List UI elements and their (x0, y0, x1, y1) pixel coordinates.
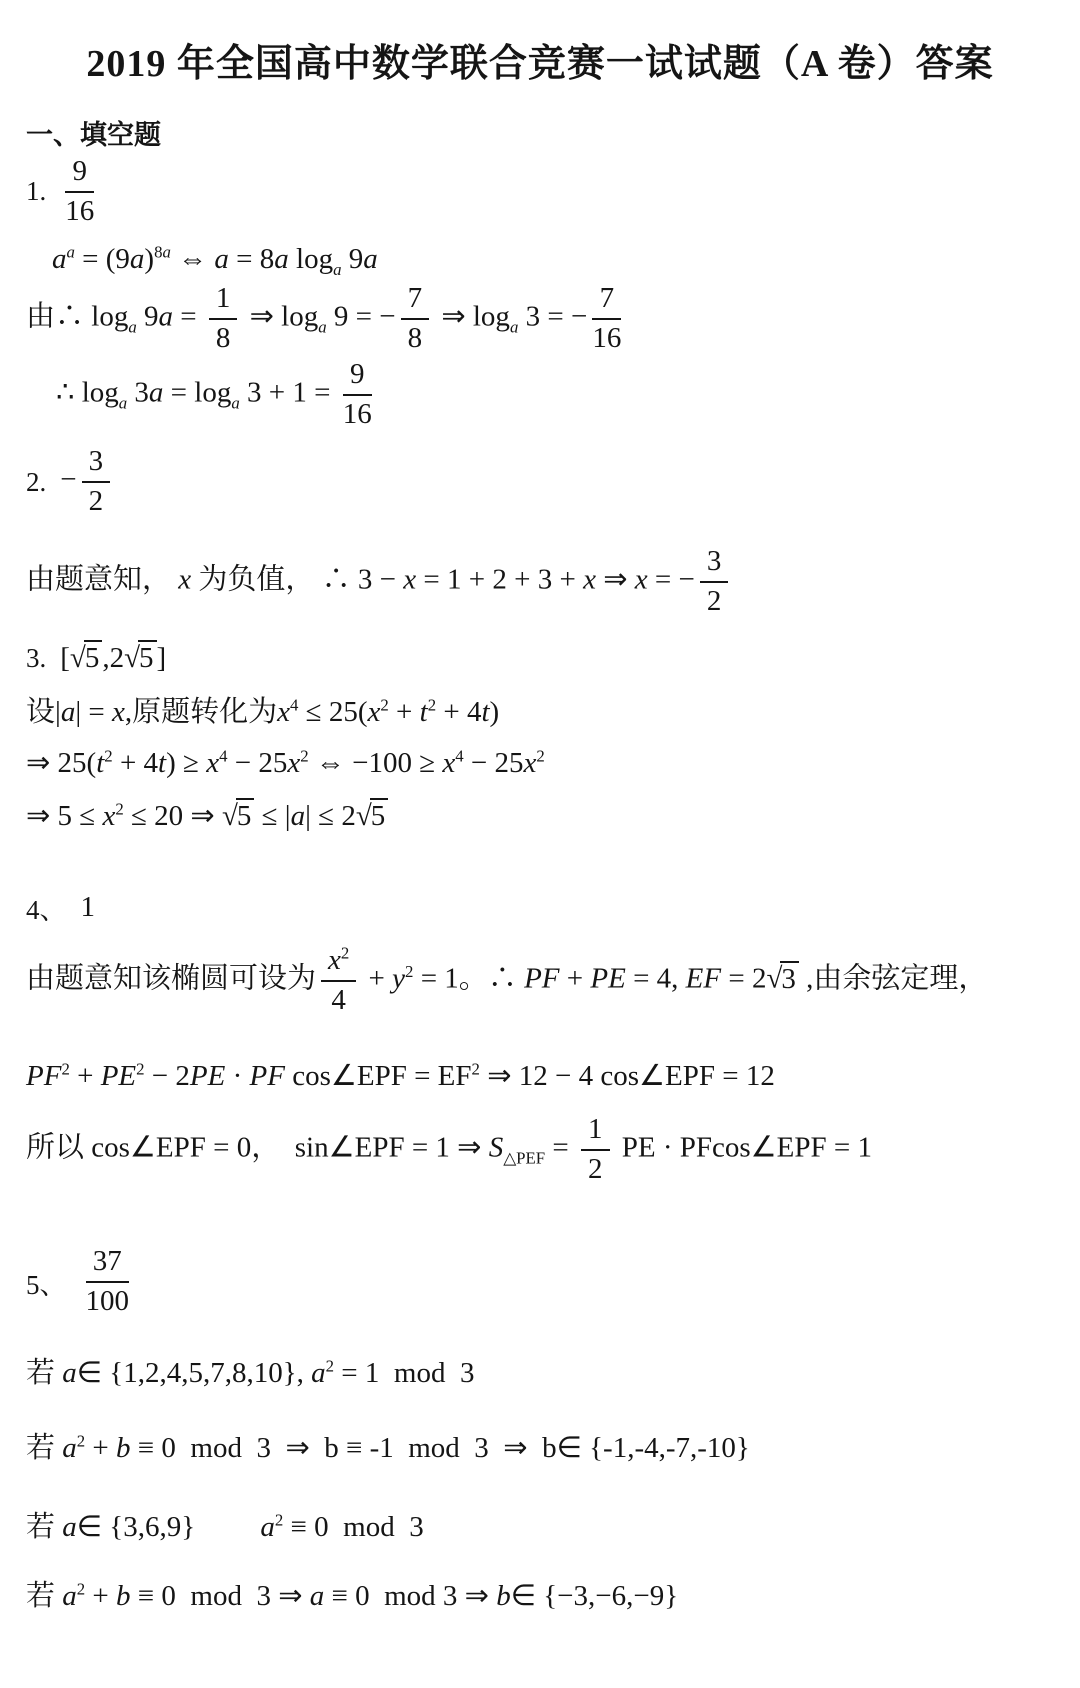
math-token: 9 (73, 155, 88, 187)
problem-5-step-4: 若 a2 + b ≡ 0 mod 3 ⇒ a ≡ 0 mod 3 ⇒ b∈ {−… (26, 1577, 1054, 1616)
fraction-numerator: 37 (86, 1246, 130, 1283)
fraction-numerator: 9 (65, 156, 94, 193)
problem-4-number: 4、 (26, 888, 67, 927)
problem-4-step-2: PF2 + PE2 − 2PE · PF cos∠EPF = EF2 ⇒ 12 … (26, 1057, 1054, 1096)
math-token: a (119, 393, 127, 412)
math-token: 9 (137, 300, 159, 332)
document-page: 2019 年全国高中数学联合竞赛一试试题（A 卷）答案 一、填空题 1. 916… (0, 0, 1080, 1617)
math-token: PE · PFcos∠EPF = 1 (615, 1132, 873, 1164)
math-token: ∈ {3,6,9} (77, 1511, 195, 1543)
math-token: = 1 + 2 + 3 + (416, 564, 583, 596)
math-token: = (545, 1132, 576, 1164)
math-token: 3 + 1 = (240, 376, 338, 408)
math-token: = 4, (626, 963, 686, 995)
math-token: 1 (216, 282, 231, 314)
math-token: a (128, 317, 136, 336)
math-token: ∴ 3 − (314, 564, 403, 596)
square-root: √3 (766, 961, 798, 995)
math-token: ∴ (488, 963, 524, 995)
math-token: 2 (707, 585, 722, 617)
problem-4-answer-row: 4、 1 (26, 888, 1054, 927)
math-token: ∈ {1,2,4,5,7,8,10}, (77, 1357, 311, 1389)
problem-2-answer-row: 2. −32 (26, 446, 1054, 518)
problem-2-answer: −32 (60, 446, 115, 518)
math-token: ) ≥ (166, 747, 206, 779)
math-token: = 8 (229, 243, 274, 275)
problem-1-step-1: aa = (9a)8a ⇔ a = 8a loga 9a (52, 240, 1054, 279)
square-root: √5 (356, 798, 388, 832)
math-token: ⇒ (596, 564, 635, 596)
math-token: △PEF (503, 1149, 545, 1168)
math-token: − (60, 464, 76, 496)
problem-1-step-2: 由∴ loga 9a = 18 ⇒ loga 9 = −78 ⇒ loga 3 … (26, 283, 1054, 355)
fraction-denominator: 16 (65, 193, 94, 228)
math-token: + 4 (436, 696, 481, 728)
math-token: x (403, 564, 416, 596)
math-token: sin∠EPF = 1 ⇒ (280, 1132, 488, 1164)
math-token: a (62, 1432, 77, 1464)
math-token: x (287, 747, 300, 779)
fraction-numerator: 3 (82, 446, 111, 483)
math-token: 9 = − (327, 300, 396, 332)
problem-5-number: 5、 (26, 1263, 67, 1302)
math-token: x (206, 747, 219, 779)
math-token: t (420, 696, 428, 728)
math-token: 2 (472, 1060, 480, 1079)
math-token: ] (157, 642, 167, 674)
math-token: 9 (350, 358, 365, 390)
math-token (195, 1511, 260, 1543)
math-token: PF (26, 1060, 61, 1092)
math-token: , (799, 963, 814, 995)
math-token: b (496, 1580, 511, 1612)
fraction-denominator: 4 (321, 982, 356, 1017)
math-token: 8 (154, 242, 162, 261)
problem-1-step-3: ∴ loga 3a = loga 3 + 1 = 916 (56, 359, 1054, 431)
fraction-numerator: 1 (581, 1114, 610, 1151)
page-title: 2019 年全国高中数学联合竞赛一试试题（A 卷）答案 (26, 32, 1054, 87)
fraction-denominator: 2 (700, 583, 729, 618)
math-token: 7 (600, 282, 615, 314)
math-token: = log (163, 376, 231, 408)
fraction-denominator: 16 (592, 320, 621, 355)
radical-sign: √ (356, 800, 370, 832)
fraction-denominator: 16 (343, 396, 372, 431)
math-token: 2 (326, 1356, 334, 1375)
radical-sign: √ (124, 642, 138, 674)
math-token: ,2 (102, 642, 124, 674)
math-token: 2 (115, 800, 123, 819)
math-token: 4 (455, 747, 463, 766)
math-token: 2 (380, 695, 388, 714)
math-token: 为负值， (198, 564, 314, 596)
math-token: x (524, 747, 537, 779)
problem-4-step-1: 由题意知该椭圆可设为x24 + y2 = 1。∴ PF + PE = 4, EF… (26, 945, 1054, 1017)
fraction: 916 (343, 359, 372, 431)
math-token: 2 (428, 695, 436, 714)
radicand: 5 (138, 640, 157, 674)
problem-5-step-3: 若 a∈ {3,6,9} a2 ≡ 0 mod 3 (26, 1508, 1054, 1547)
math-token: 8 (408, 322, 423, 354)
problem-2-step-1: 由题意知， x 为负值， ∴ 3 − x = 1 + 2 + 3 + x ⇒ x… (26, 546, 1054, 618)
section-heading-fill-in-blanks: 一、填空题 (26, 113, 1054, 152)
radicand: 5 (84, 640, 103, 674)
math-token: 3 (707, 545, 722, 577)
fraction-denominator: 100 (86, 1283, 130, 1318)
radicand: 3 (780, 961, 799, 995)
problem-3-answer-row: 3. [√5,2√5] (26, 642, 1054, 675)
math-token: 3 (89, 445, 104, 477)
math-token: 4 (331, 984, 346, 1016)
math-token: 2 (77, 1580, 85, 1599)
square-root: √5 (222, 798, 254, 832)
math-token: + (85, 1580, 116, 1612)
math-token: 16 (343, 398, 372, 430)
math-token: ⇒ 25( (26, 747, 96, 779)
math-token: x (112, 696, 125, 728)
math-token: ≤ | (254, 800, 290, 832)
math-token: PE (190, 1060, 225, 1092)
fraction: 12 (581, 1114, 610, 1186)
math-token: x (328, 944, 341, 976)
radical-sign: √ (70, 642, 84, 674)
math-token: = − (648, 564, 695, 596)
math-token: ⇒ log (434, 300, 510, 332)
math-token: a (274, 243, 289, 275)
math-token: a (311, 1357, 326, 1389)
math-token: 37 (93, 1245, 122, 1277)
math-token: ⇒ 12 − 4 cos∠EPF = 12 (480, 1060, 775, 1092)
math-token: 若 (26, 1432, 55, 1464)
math-token: 9 (341, 243, 363, 275)
math-token: 8 (216, 322, 231, 354)
fraction-numerator: 3 (700, 546, 729, 583)
math-token: 2 (104, 747, 112, 766)
problem-1-answer-row: 1. 916 (26, 156, 1054, 228)
math-token: a (231, 393, 239, 412)
math-token: a (363, 243, 378, 275)
math-token: 3 = − (518, 300, 587, 332)
problem-4-step-3: 所以 cos∠EPF = 0， sin∠EPF = 1 ⇒ S△PEF = 12… (26, 1114, 1054, 1186)
math-token: + (389, 696, 420, 728)
math-token: PF (250, 1060, 285, 1092)
math-token: ， (251, 1132, 280, 1164)
problem-2-number: 2. (26, 467, 46, 498)
math-token: 由题意知， (26, 564, 171, 596)
math-token: x (102, 800, 115, 832)
math-token: a (260, 1511, 275, 1543)
problem-1-number: 1. (26, 176, 46, 207)
math-token: = 1 (413, 963, 458, 995)
math-token: ⇔ (171, 243, 215, 275)
math-token: − 25 (227, 747, 287, 779)
math-token: ∴ log (56, 376, 119, 408)
square-root: √5 (70, 640, 102, 674)
math-token: ≡ 0 mod 3 ⇒ b ≡ -1 mod 3 ⇒ b∈ {-1,-4,-7,… (131, 1432, 750, 1464)
math-token: x (178, 564, 191, 596)
fraction: 916 (65, 156, 94, 228)
math-token: + (560, 963, 591, 995)
fraction-numerator: 9 (343, 359, 372, 396)
problem-5-answer: 37100 (81, 1246, 135, 1318)
fraction-denominator: 8 (401, 320, 430, 355)
fraction-numerator: x2 (321, 945, 356, 982)
math-token: ∴ log (55, 300, 128, 332)
math-token: 由余弦定理， (813, 963, 987, 995)
math-token: 若 (26, 1580, 55, 1612)
math-token: − 2 (145, 1060, 190, 1092)
math-token: 若 (26, 1357, 55, 1389)
math-token: 原题转化为 (132, 696, 277, 728)
math-token: [ (60, 642, 70, 674)
math-token: − 25 (464, 747, 524, 779)
fraction: 37100 (86, 1246, 130, 1318)
math-token: 2 (77, 1431, 85, 1450)
math-token: PF (524, 963, 559, 995)
math-token: ) (490, 696, 500, 728)
math-token: · (225, 1060, 249, 1092)
math-token: 2 (89, 485, 104, 517)
math-token: + (85, 1432, 116, 1464)
math-token: 所以 (26, 1132, 84, 1164)
math-token: 100 (86, 1285, 130, 1317)
fraction: x24 (321, 945, 356, 1017)
math-token: x (635, 564, 648, 596)
radical-sign: √ (766, 963, 780, 995)
fraction-numerator: 7 (401, 283, 430, 320)
fraction-denominator: 8 (209, 320, 238, 355)
problem-1-answer: 916 (60, 156, 99, 228)
math-token: ⇔ −100 ≥ (309, 747, 443, 779)
problem-3-number: 3. (26, 643, 46, 674)
math-token: 2 (341, 944, 349, 963)
math-token: a (318, 317, 326, 336)
math-token: 若 (26, 1511, 55, 1543)
problem-5-step-1: 若 a∈ {1,2,4,5,7,8,10}, a2 = 1 mod 3 (26, 1354, 1054, 1393)
math-token: EF (686, 963, 721, 995)
math-token: a (62, 1511, 77, 1543)
math-token: a (67, 242, 75, 261)
math-token: t (158, 747, 166, 779)
math-token: a (62, 1357, 77, 1389)
math-token: | = (75, 696, 112, 728)
fraction: 18 (209, 283, 238, 355)
math-token: = 1 mod 3 (334, 1357, 474, 1389)
math-token: 2 (300, 747, 308, 766)
math-token: PE (590, 963, 625, 995)
math-token: 。 (459, 963, 488, 995)
math-token: 由题意知该椭圆可设为 (26, 963, 316, 995)
radical-sign: √ (222, 800, 236, 832)
math-token: b (116, 1432, 131, 1464)
fraction-denominator: 2 (581, 1151, 610, 1186)
math-token: 1 (81, 891, 96, 923)
math-token: ≡ 0 mod 3 ⇒ (131, 1580, 310, 1612)
math-token: a (62, 1580, 77, 1612)
math-token: 16 (65, 195, 94, 227)
math-token: + (361, 963, 392, 995)
math-token: 3 (127, 376, 149, 408)
math-token: t (481, 696, 489, 728)
math-token: a (291, 800, 306, 832)
math-token: 由 (26, 300, 55, 332)
math-token: ⇒ 5 ≤ (26, 800, 102, 832)
math-token: ≡ 0 mod 3 (283, 1511, 423, 1543)
problem-5-answer-row: 5、 37100 (26, 1246, 1054, 1318)
math-token: 设 (26, 696, 55, 728)
math-token: = (9 (75, 243, 130, 275)
math-token: S (489, 1132, 504, 1164)
math-token: ≡ 0 mod 3 ⇒ (324, 1580, 496, 1612)
math-token: + 4 (113, 747, 158, 779)
math-token: b (116, 1580, 131, 1612)
fraction-numerator: 7 (592, 283, 621, 320)
math-token: a (163, 242, 171, 261)
math-token: ) (144, 243, 154, 275)
fraction: 716 (592, 283, 621, 355)
math-token: + (70, 1060, 101, 1092)
radicand: 5 (236, 798, 255, 832)
math-token: ⇒ log (242, 300, 318, 332)
radicand: 5 (370, 798, 389, 832)
math-token: PE (101, 1060, 136, 1092)
math-token: log (289, 243, 333, 275)
fraction-denominator: 2 (82, 483, 111, 518)
fraction-numerator: 1 (209, 283, 238, 320)
math-token: 2 (588, 1153, 603, 1185)
problem-5-step-2: 若 a2 + b ≡ 0 mod 3 ⇒ b ≡ -1 mod 3 ⇒ b∈ {… (26, 1429, 1054, 1468)
fraction: 78 (401, 283, 430, 355)
fraction: 32 (82, 446, 111, 518)
math-token: a (61, 696, 76, 728)
math-token: 1 (588, 1113, 603, 1145)
math-token: a (149, 376, 164, 408)
square-root: √5 (124, 640, 156, 674)
math-token: 2 (61, 1060, 69, 1079)
math-token: ∈ {−3,−6,−9} (511, 1580, 678, 1612)
fraction: 32 (700, 546, 729, 618)
math-token: x (368, 696, 381, 728)
problem-3-step-2: ⇒ 25(t2 + 4t) ≥ x4 − 25x2 ⇔ −100 ≥ x4 − … (26, 744, 1054, 783)
math-token: ≤ 20 ⇒ (124, 800, 222, 832)
math-token: a (214, 243, 229, 275)
math-token: = 2 (721, 963, 766, 995)
problem-3-step-3: ⇒ 5 ≤ x2 ≤ 20 ⇒ √5 ≤ |a| ≤ 2√5 (26, 797, 1054, 836)
problem-4-answer: 1 (81, 891, 96, 924)
math-token: a (130, 243, 145, 275)
math-token: x (583, 564, 596, 596)
math-token: = (173, 300, 204, 332)
math-token: a (52, 243, 67, 275)
math-token: 2 (136, 1060, 144, 1079)
math-token: a (310, 1580, 325, 1612)
math-token: y (392, 963, 405, 995)
math-token: x (277, 696, 290, 728)
math-token: x (442, 747, 455, 779)
problem-3-step-1: 设|a| = x,原题转化为x4 ≤ 25(x2 + t2 + 4t) (26, 693, 1054, 732)
math-token: ≤ 25( (298, 696, 367, 728)
math-token: 2 (536, 747, 544, 766)
math-token: 16 (592, 322, 621, 354)
math-token: 7 (408, 282, 423, 314)
math-token: cos∠EPF = 0 (84, 1132, 251, 1164)
math-token: a (158, 300, 173, 332)
problem-3-answer: [√5,2√5] (60, 642, 166, 675)
math-token: | ≤ 2 (305, 800, 356, 832)
math-token: cos∠EPF = EF (285, 1060, 472, 1092)
